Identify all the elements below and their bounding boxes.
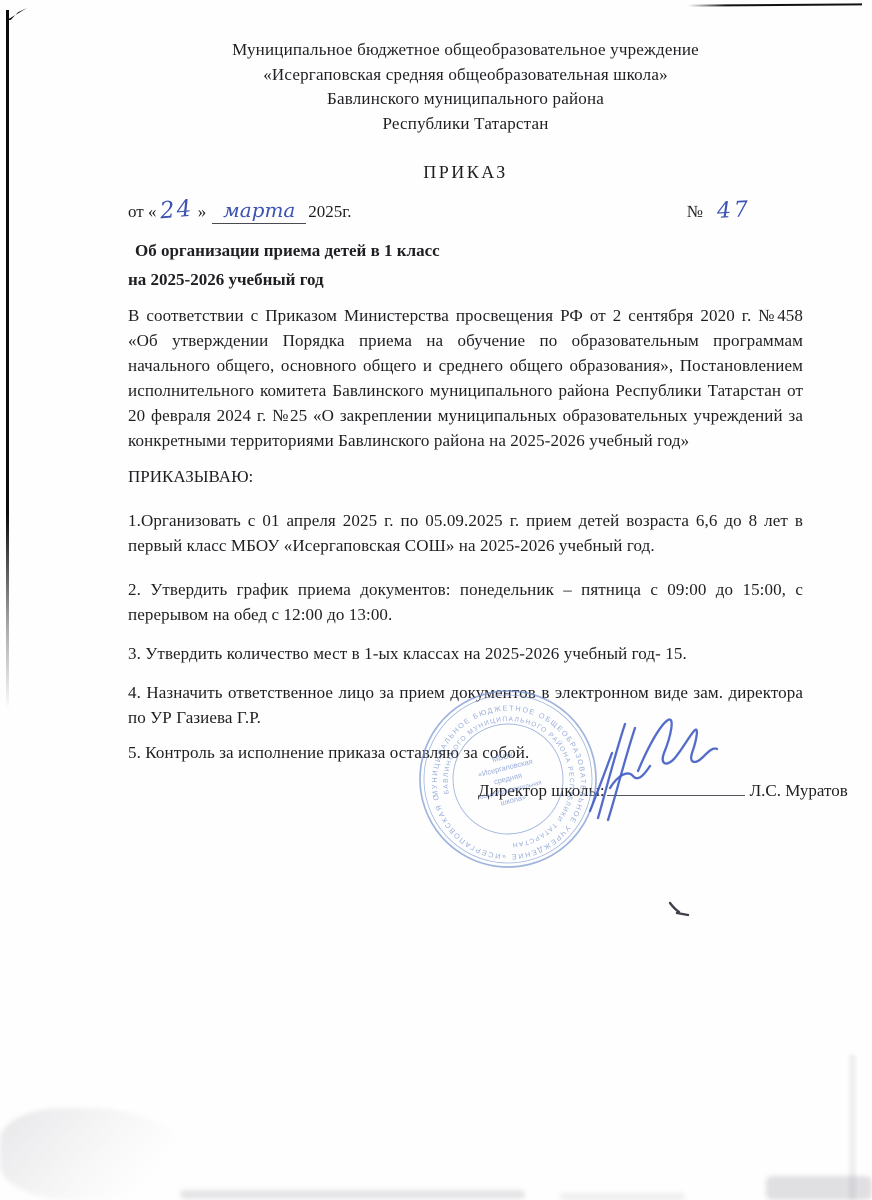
subject-line2: на 2025-2026 учебный год: [128, 270, 803, 290]
handwritten-month: марта: [212, 198, 306, 224]
subject-line1: Об организации приема детей в 1 класс: [128, 241, 803, 261]
scan-edge-left-line: [6, 10, 9, 710]
handwritten-day: 24: [159, 196, 194, 225]
date-close-quote: »: [198, 202, 207, 221]
number-label: №: [687, 202, 703, 221]
order-date: от «24»марта2025г.: [128, 197, 352, 224]
org-header-line4: Республики Татарстан: [128, 112, 803, 137]
date-number-row: от «24»марта2025г. №47: [128, 197, 803, 233]
order-item-3: 3. Утвердить количество мест в 1-ых клас…: [128, 641, 803, 666]
scan-smudge-bottom-right: [766, 1176, 872, 1200]
order-item-2: 2. Утвердить график приема документов: п…: [128, 577, 803, 627]
preamble-paragraph: В соответствии с Приказом Министерства п…: [128, 303, 803, 453]
school-stamp: МУНИЦИПАЛЬНОЕ БЮДЖЕТНОЕ ОБЩЕОБРАЗОВАТЕЛЬ…: [414, 685, 602, 873]
scan-edge-left-hook: [7, 8, 27, 20]
document-content: Муниципальное бюджетное общеобразователь…: [128, 0, 803, 801]
organization-header: Муниципальное бюджетное общеобразователь…: [128, 0, 803, 136]
decree-heading: ПРИКАЗЫВАЮ:: [128, 464, 803, 489]
scan-smudge-bottom-1: [180, 1190, 525, 1199]
signature-name: Л.С. Муратов: [750, 781, 848, 800]
scan-smudge-bottom-left: [0, 1108, 185, 1200]
org-header-line3: Бавлинского муниципального района: [128, 87, 803, 112]
date-year: 2025г.: [308, 202, 351, 221]
order-subject: Об организации приема детей в 1 класс на…: [128, 241, 803, 290]
handwritten-number: 47: [716, 197, 751, 224]
date-prefix: от «: [128, 202, 156, 221]
order-title: ПРИКАЗ: [128, 162, 803, 183]
scanned-order-document: Муниципальное бюджетное общеобразователь…: [0, 0, 872, 1200]
director-signature: [578, 708, 728, 826]
order-item-1: 1.Организовать с 01 апреля 2025 г. по 05…: [128, 508, 803, 558]
scan-streak-right: [849, 1055, 856, 1200]
org-header-line2: «Исергаповская средняя общеобразовательн…: [128, 63, 803, 88]
order-number: №47: [687, 198, 751, 223]
scan-smudge-bottom-2: [560, 1193, 685, 1200]
org-header-line1: Муниципальное бюджетное общеобразователь…: [128, 38, 803, 63]
ink-mark: [666, 900, 694, 922]
